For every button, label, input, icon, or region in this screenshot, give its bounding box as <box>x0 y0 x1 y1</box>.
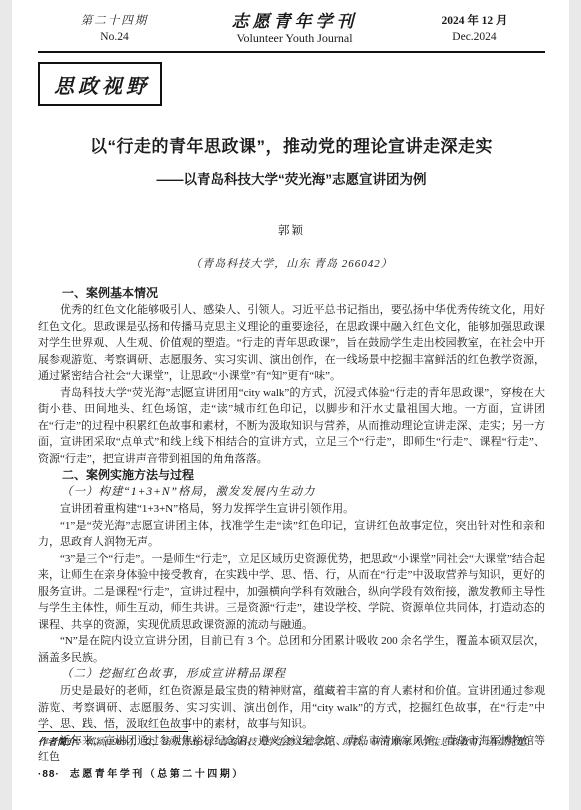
paragraph-text: 青岛科技大学“荧光海”志 <box>60 387 182 399</box>
page-number: ·88· <box>38 769 60 780</box>
issue-date-en: Dec.2024 <box>412 29 537 45</box>
journal-header: 第二十四期 No.24 志愿青年学刊 Volunteer Youth Journ… <box>38 0 545 53</box>
article-title: 以“行走的青年思政课”，推动党的理论宣讲走深走实 <box>38 132 545 157</box>
footnote-divider <box>38 731 188 732</box>
paragraph: “N”是在院内设立宣讲分团，目前已有 3 个。总团和分团累计吸收 200 余名学… <box>38 633 545 666</box>
footer-journal-title: 志愿青年学刊（总第二十四期） <box>70 769 245 780</box>
author-bio-footnote: 作者简介：郭颖(1989-)，女，山东青岛人，青岛科技大学生物工程学院，助教，研… <box>38 737 545 750</box>
issue-number-en: No.24 <box>52 29 177 45</box>
section-heading-1: 一、案例基本情况 <box>38 285 545 302</box>
journal-title-en: Volunteer Youth Journal <box>177 31 412 46</box>
paragraph: 优秀的红色文化能够吸引人、感染人、引领人。习近平总书记指出，要弘扬中华优秀传统文… <box>38 302 545 385</box>
article-body: 一、案例基本情况 优秀的红色文化能够吸引人、感染人、引领人。习近平总书记指出，要… <box>38 285 545 766</box>
author-name: 郭颖 <box>38 222 545 238</box>
paragraph: 历史是最好的老师，红色资源是最宝贵的精神财富，蕴藏着丰富的育人素材和价值。宣讲团… <box>38 683 545 733</box>
paragraph: “1”是“荧光海”志愿宣讲团主体，找准学生走“读”红色印记，宣讲红色故事定位，突… <box>38 518 545 551</box>
issue-info: 第二十四期 No.24 <box>52 13 177 45</box>
journal-page: 第二十四期 No.24 志愿青年学刊 Volunteer Youth Journ… <box>12 0 569 810</box>
column-label-box: 思政视野 <box>38 62 162 106</box>
journal-title-cn: 志愿青年学刊 <box>177 13 412 31</box>
paragraph: 青岛科技大学“荧光海”志愿宣讲团用“city walk”的方式，沉浸式体验“行走… <box>38 385 545 468</box>
article-subtitle: ——以青岛科技大学“荧光海”志愿宣讲团为例 <box>38 168 545 188</box>
footnote-text: 郭颖(1989-)，女，山东青岛人，青岛科技大学生物工程学院，助教，研究方向:大… <box>86 738 536 748</box>
subsection-heading-1: （一）构建“1+3+N”格局，激发发展内生动力 <box>38 484 545 501</box>
footnote-label: 作者简介： <box>38 738 86 748</box>
issue-number-cn: 第二十四期 <box>52 13 177 29</box>
subsection-heading-2: （二）挖掘红色故事，形成宣讲精品课程 <box>38 666 545 683</box>
issue-date-cn: 2024 年 12 月 <box>412 13 537 29</box>
author-affiliation: （青岛科技大学，山东 青岛 266042） <box>38 255 545 271</box>
paragraph: “3”是三个“行走”。一是师生“行走”，立足区域历史资源优势，把思政“小课堂”同… <box>38 551 545 634</box>
issue-date: 2024 年 12 月 Dec.2024 <box>412 13 537 45</box>
journal-masthead: 志愿青年学刊 Volunteer Youth Journal <box>177 13 412 46</box>
page-footer: ·88·志愿青年学刊（总第二十四期） <box>38 765 245 780</box>
paragraph: 宣讲团着重构建“1+3+N”格局，努力发挥学生宣讲引领作用。 <box>38 501 545 518</box>
section-heading-2: 二、案例实施方法与过程 <box>38 467 545 484</box>
